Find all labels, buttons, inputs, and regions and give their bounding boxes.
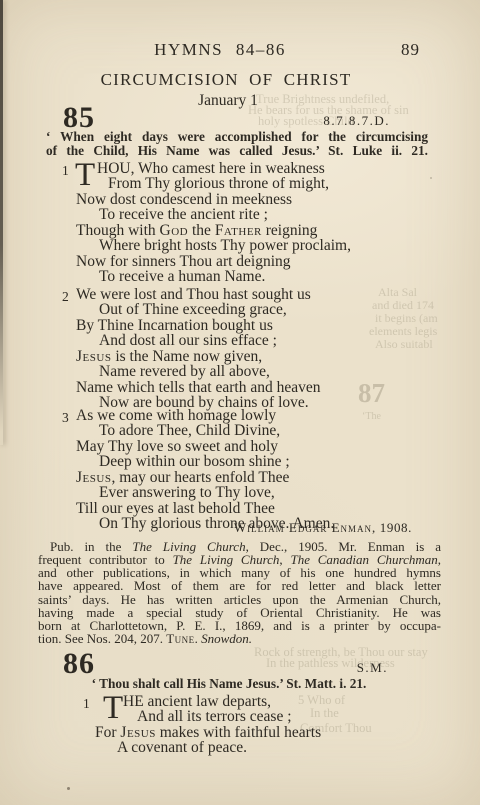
verse-line: May Thy love so sweet and holy (76, 439, 422, 454)
verse-line: Ever answering to Thy love, (99, 485, 422, 500)
verse: 2We were lost and Thou hast sought usOut… (62, 287, 422, 411)
drop-cap: T (75, 161, 95, 190)
verse-line: By Thine Incarnation bought us (76, 318, 422, 333)
note-line: have appeared. Most of them are for red … (38, 579, 441, 592)
verse-line: To receive a human Name. (99, 269, 422, 284)
verse-line: As we come with homage lowly (76, 408, 422, 423)
verse-line: Out of Thine exceeding grace, (99, 302, 422, 317)
verse: 1THOU, Who camest here in weaknessFrom T… (62, 161, 422, 285)
paper-speck (430, 177, 432, 179)
epigraph-line: ‘ When eight days were accomplished for … (46, 130, 428, 144)
verse-line: Though with God the Father reigning (76, 223, 422, 238)
verse-line: A covenant of peace. (117, 740, 443, 755)
verse: 1THE ancient law departs,And all its ter… (83, 694, 443, 756)
hymn-86-meter: S.M. (357, 660, 388, 676)
verse-line: From Thy glorious throne of might, (108, 176, 422, 191)
verse-line: And all its terrors cease ; (137, 709, 443, 724)
page-gutter-shadow (0, 0, 3, 445)
running-title: HYMNS 84–86 (0, 40, 440, 60)
verse-line: Now dost condescend in meekness (76, 192, 422, 207)
verse-line: HOU, Who camest here in weakness (97, 161, 422, 176)
verse-line: Name revered by all above, (99, 364, 422, 379)
verse-line: HE ancient law departs, (123, 694, 443, 709)
page-number: 89 (401, 40, 420, 60)
verse-line: Where bright hosts Thy power proclaim, (99, 238, 422, 253)
verse-number: 1 (62, 163, 69, 178)
verse-line: Now for sinners Thou art deigning (76, 254, 422, 269)
note-line: tion. See Nos. 204, 207. Tune. Snowdon. (38, 632, 441, 645)
note-line: saints’ days. He has written articles up… (38, 593, 441, 606)
verse-line: Name which tells that earth and heaven (76, 380, 422, 395)
verse-line: Till our eyes at last behold Thee (76, 501, 422, 516)
drop-cap: T (103, 694, 123, 723)
verse-line: Deep within our bosom shine ; (99, 454, 422, 469)
verse-line: To adore Thee, Child Divine, (99, 423, 422, 438)
verse: 3As we come with homage lowlyTo adore Th… (62, 408, 422, 532)
verse-line: We were lost and Thou hast sought us (76, 287, 422, 302)
paper-speck (67, 787, 70, 790)
verse-number: 3 (62, 410, 69, 425)
hymn-85-epigraph: ‘ When eight days were accomplished for … (46, 130, 428, 157)
verse-line: For Jesus makes with faithful hearts (95, 725, 443, 740)
hymn-85-attribution: William Edgar Enman, 1908. (234, 520, 412, 536)
verse-line: Jesus, may our hearts enfold Thee (76, 470, 422, 485)
verse-number: 1 (83, 696, 90, 711)
hymn-86-number: 86 (63, 649, 95, 679)
verse-line: And dost all our sins efface ; (99, 333, 422, 348)
verse-number: 2 (62, 289, 69, 304)
note-line: having made a special study of Oriental … (38, 606, 441, 619)
hymn-85-meter: 8.7.8.7.D. (323, 113, 390, 129)
verse-line: To receive the ancient rite ; (99, 207, 422, 222)
verse-line: Jesus is the Name now given, (76, 349, 422, 364)
hymn-86-epigraph: ‘ Thou shalt call His Name Jesus.’ St. M… (40, 677, 418, 691)
section-title: CIRCUMCISION OF CHRIST (0, 70, 452, 90)
epigraph-line: of the Child, His Name was called Jesus.… (46, 144, 428, 158)
hymn-85-note: Pub. in the The Living Church, Dec., 190… (38, 540, 441, 645)
